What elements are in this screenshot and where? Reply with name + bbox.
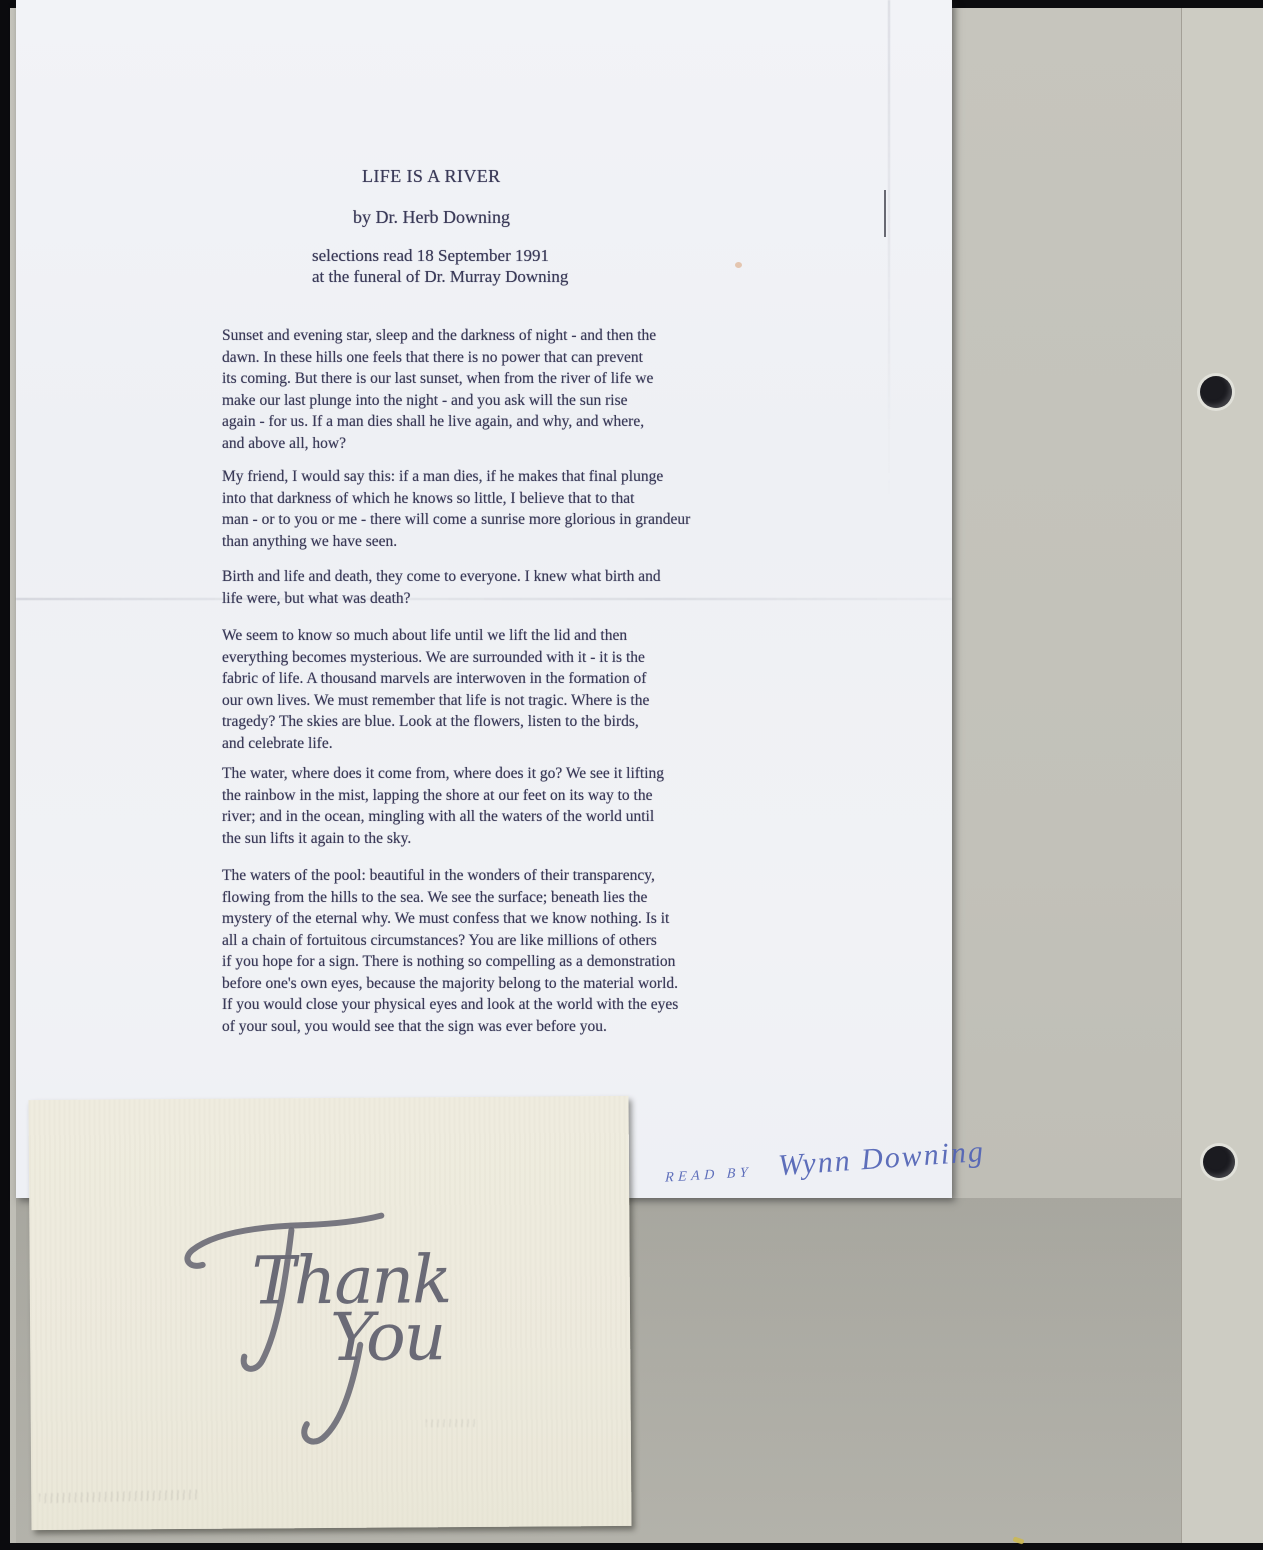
thank-you-card: Thank You xyxy=(29,1096,632,1530)
letter-title: LIFE IS A RIVER xyxy=(362,166,501,187)
read-by-label: READ BY xyxy=(665,1165,753,1186)
thank-you-script: Thank You xyxy=(29,1096,632,1530)
hole-punch-top xyxy=(1200,376,1232,408)
letter-paragraph: Sunset and evening star, sleep and the d… xyxy=(222,325,862,454)
fold-crease-vertical xyxy=(888,0,890,500)
scan-canvas: LIFE IS A RIVER by Dr. Herb Downing sele… xyxy=(0,0,1263,1550)
letter-paragraph: The water, where does it come from, wher… xyxy=(222,763,862,849)
letter-byline: by Dr. Herb Downing xyxy=(353,207,510,228)
scan-speck-orange xyxy=(735,262,742,268)
letter-occasion: selections read 18 September 1991 at the… xyxy=(312,246,568,287)
letter-paragraph: Birth and life and death, they come to e… xyxy=(222,566,862,609)
letter-paragraph: My friend, I would say this: if a man di… xyxy=(222,466,862,552)
letter-paragraph: We seem to know so much about life until… xyxy=(222,625,862,754)
scan-artifact-line xyxy=(884,190,886,237)
scrapbook-edge-strip xyxy=(1181,8,1263,1543)
hole-punch-bottom xyxy=(1203,1146,1235,1178)
letter-page: LIFE IS A RIVER by Dr. Herb Downing sele… xyxy=(16,0,952,1198)
thank-script-word2: You xyxy=(330,1298,445,1376)
letter-paragraph: The waters of the pool: beautiful in the… xyxy=(222,865,862,1037)
pencil-scribble xyxy=(426,1419,478,1427)
